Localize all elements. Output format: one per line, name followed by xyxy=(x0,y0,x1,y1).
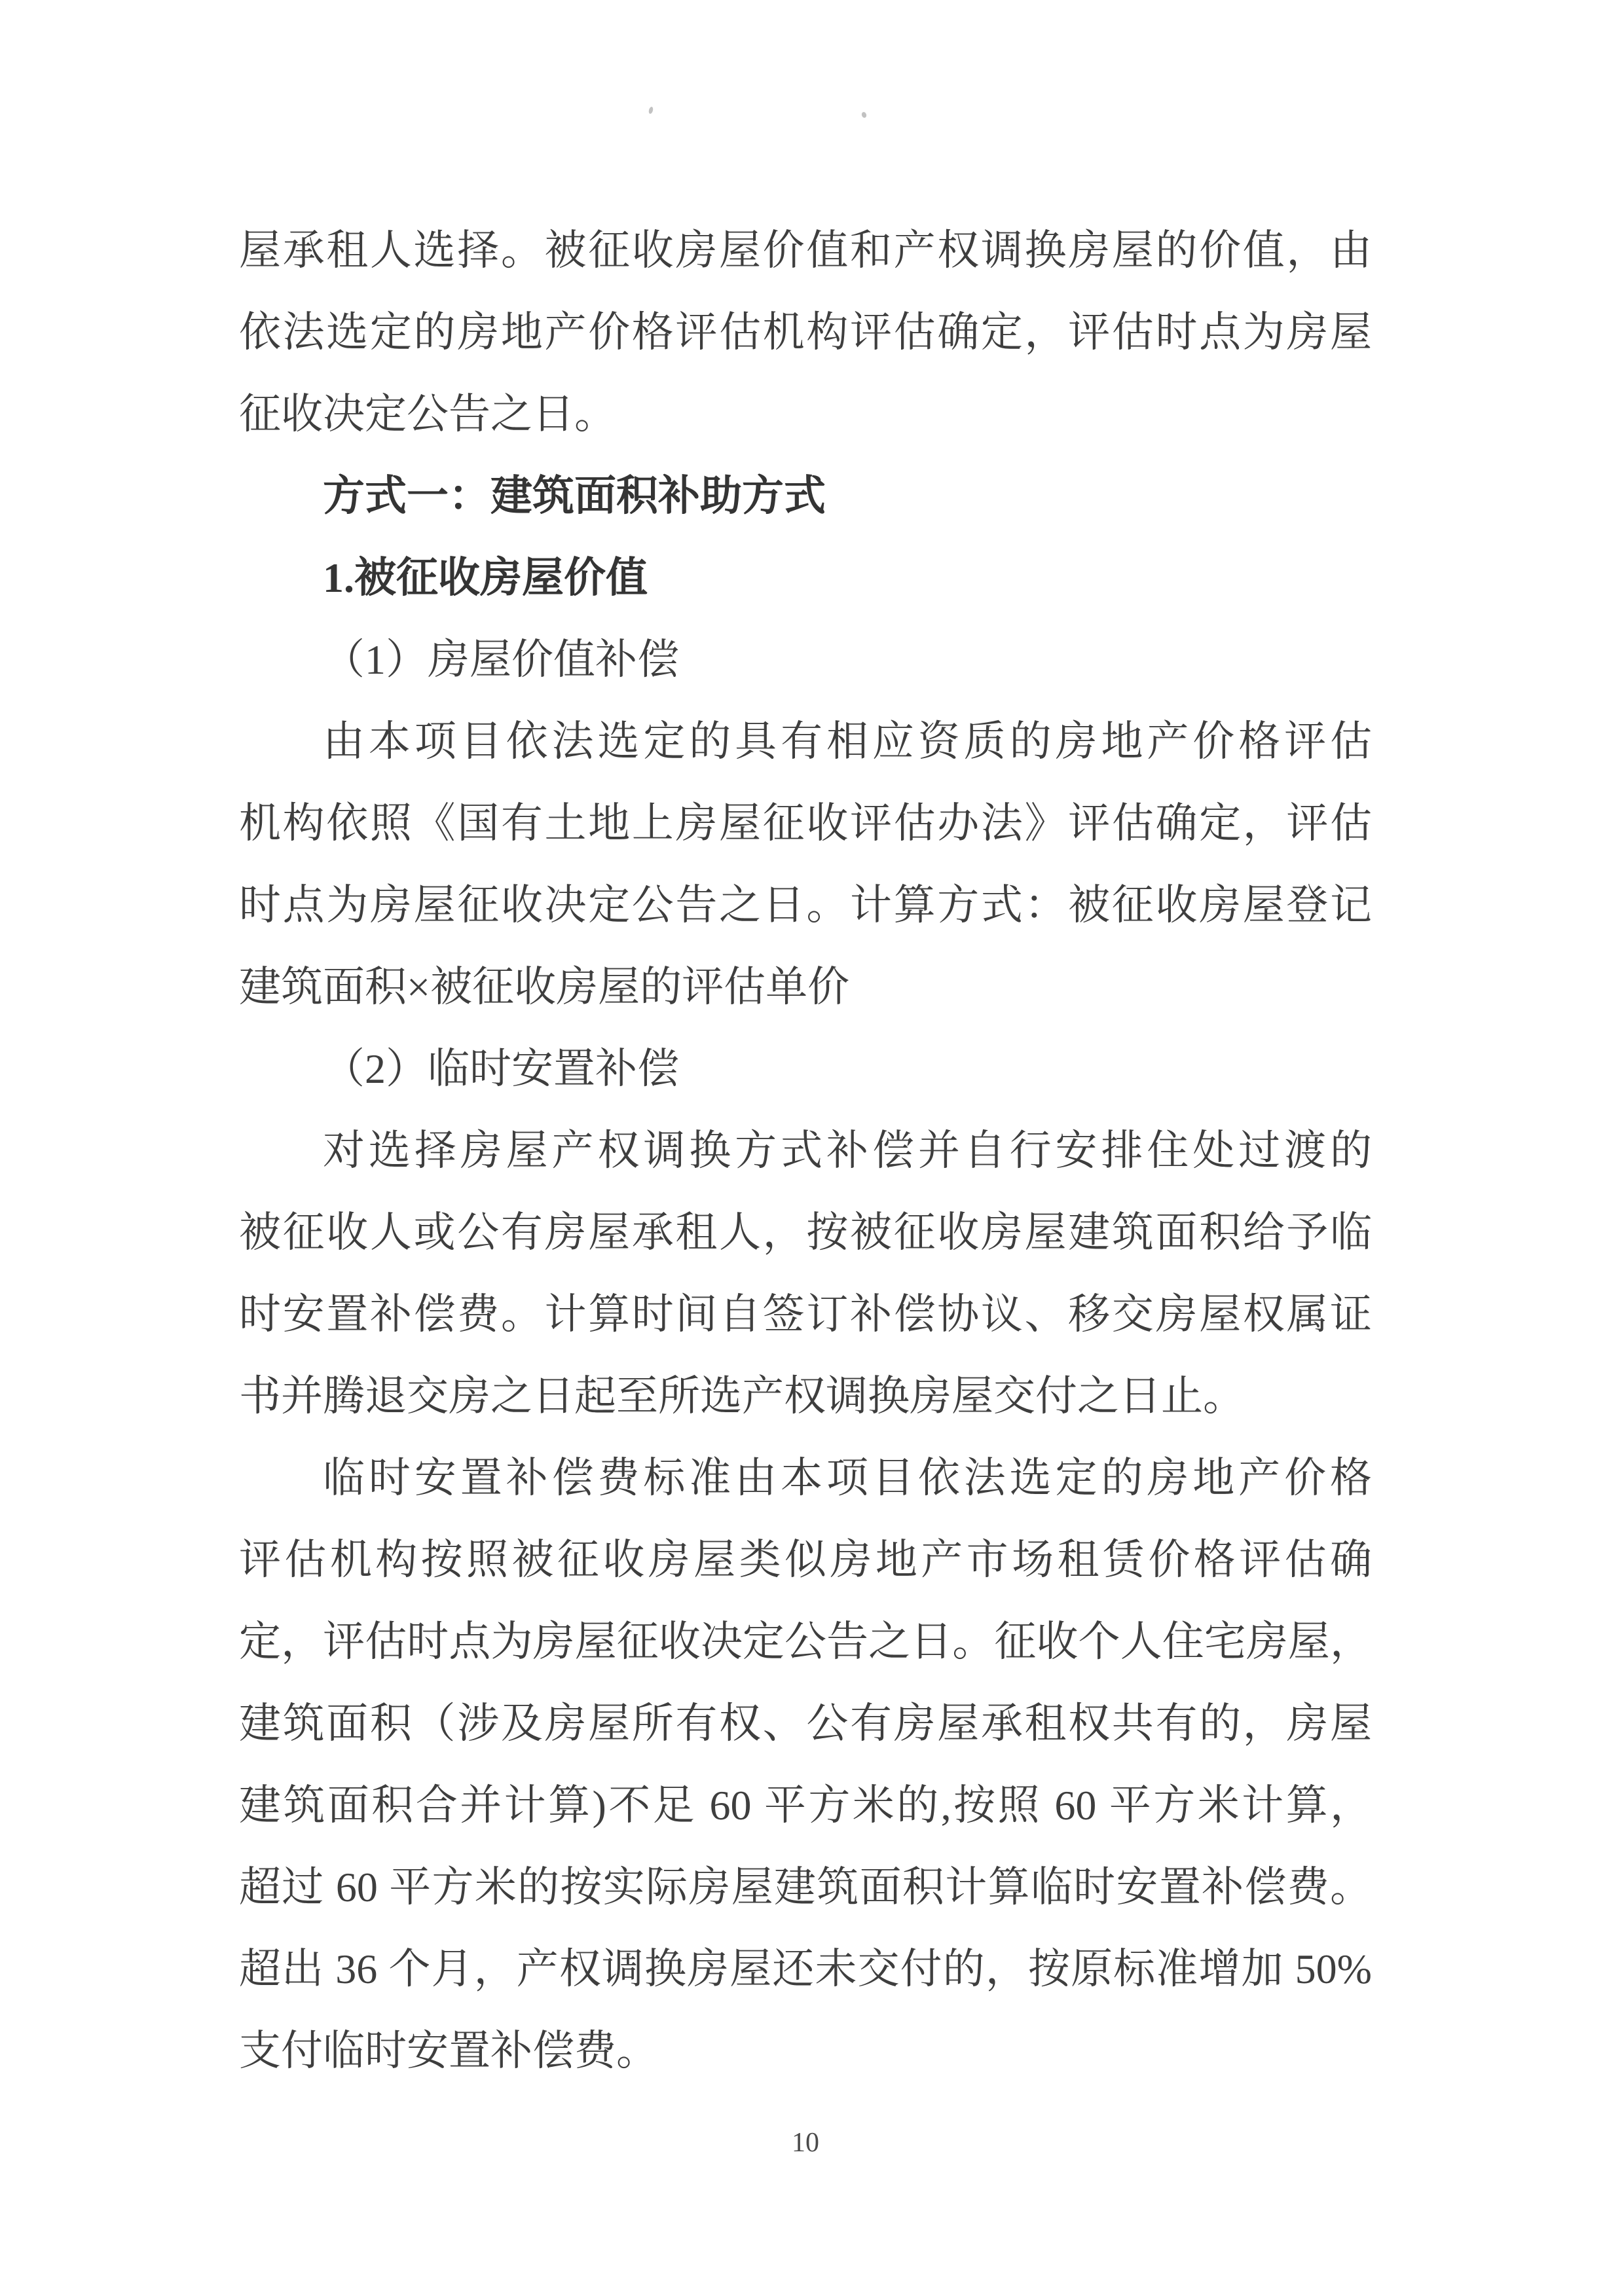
body-line: 超过 60 平方米的按实际房屋建筑面积计算临时安置补偿费。 xyxy=(239,1846,1372,1928)
body-line: 临时安置补偿费标准由本项目依法选定的房地产价格 xyxy=(239,1437,1372,1519)
body-line: 征收决定公告之日。 xyxy=(239,373,1372,455)
document-body: 屋承租人选择。被征收房屋价值和产权调换房屋的价值，由 依法选定的房地产价格评估机… xyxy=(239,210,1372,2092)
document-page: 屋承租人选择。被征收房屋价值和产权调换房屋的价值，由 依法选定的房地产价格评估机… xyxy=(0,0,1624,2296)
scan-speck xyxy=(861,111,868,118)
body-line: 被征收人或公有房屋承租人，按被征收房屋建筑面积给予临 xyxy=(239,1192,1372,1273)
body-line: 依法选定的房地产价格评估机构评估确定，评估时点为房屋 xyxy=(239,291,1372,373)
body-line: 对选择房屋产权调换方式补偿并自行安排住处过渡的 xyxy=(239,1110,1372,1192)
body-line: 评估机构按照被征收房屋类似房地产市场租赁价格评估确 xyxy=(239,1519,1372,1601)
body-line: 建筑面积合并计算)不足 60 平方米的,按照 60 平方米计算， xyxy=(239,1764,1372,1846)
body-line: 时安置补偿费。计算时间自签订补偿协议、移交房屋权属证 xyxy=(239,1273,1372,1355)
subheading-1-house-value-compensation: （1）房屋价值补偿 xyxy=(239,619,1372,701)
scan-speck xyxy=(648,106,654,114)
subheading-2-temporary-resettlement: （2）临时安置补偿 xyxy=(239,1028,1372,1110)
body-line: 定，评估时点为房屋征收决定公告之日。征收个人住宅房屋， xyxy=(239,1601,1372,1683)
heading-1-expropriated-house-value: 1.被征收房屋价值 xyxy=(239,537,1372,619)
body-line: 书并腾退交房之日起至所选产权调换房屋交付之日止。 xyxy=(239,1355,1372,1437)
body-line: 时点为房屋征收决定公告之日。计算方式：被征收房屋登记 xyxy=(239,864,1372,946)
body-line: 建筑面积（涉及房屋所有权、公有房屋承租权共有的，房屋 xyxy=(239,1683,1372,1764)
heading-method-one: 方式一：建筑面积补助方式 xyxy=(239,455,1372,537)
body-line: 支付临时安置补偿费。 xyxy=(239,2010,1372,2092)
body-line: 机构依照《国有土地上房屋征收评估办法》评估确定，评估 xyxy=(239,782,1372,864)
body-line: 由本项目依法选定的具有相应资质的房地产价格评估 xyxy=(239,701,1372,782)
page-number: 10 xyxy=(239,2126,1372,2159)
body-line: 超出 36 个月，产权调换房屋还未交付的，按原标准增加 50% xyxy=(239,1928,1372,2010)
body-line: 屋承租人选择。被征收房屋价值和产权调换房屋的价值，由 xyxy=(239,210,1372,291)
body-line: 建筑面积×被征收房屋的评估单价 xyxy=(239,946,1372,1028)
